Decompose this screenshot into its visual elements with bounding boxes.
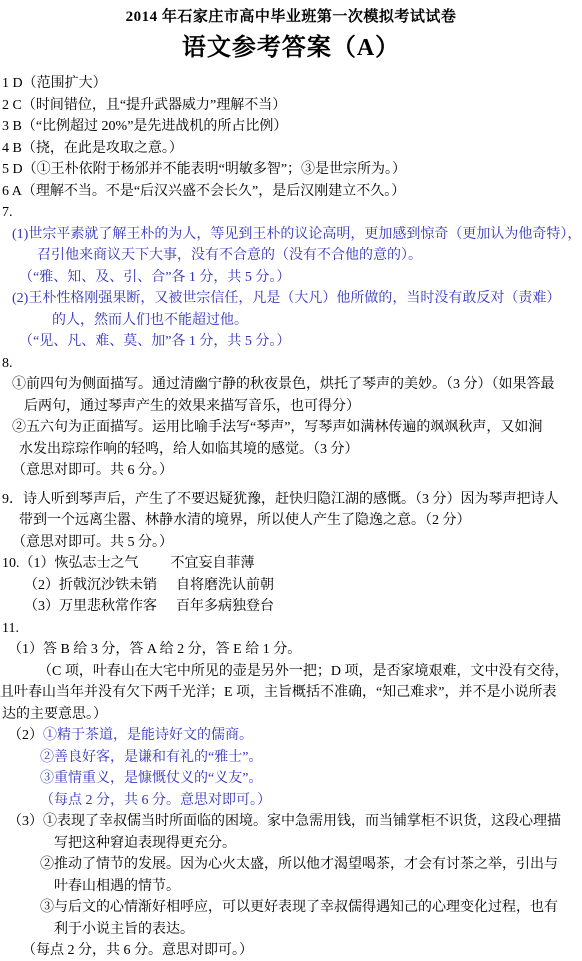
q11-part2-score: （每点 2 分，共 6 分。意思对即可。） bbox=[0, 790, 582, 812]
answer-line-q3: 3 B（“比例超过 20%”是先进战机的所占比例） bbox=[0, 116, 582, 138]
q9-answer-line2: 带到一个远离尘嚣、林静水清的境界，所以使人产生了隐逸之意。（2 分） bbox=[0, 510, 582, 532]
q7-answer-1-line1: (1)世宗平素就了解王朴的为人，等见到王朴的议论高明，更加感到惊奇（更加认为他奇… bbox=[0, 224, 582, 246]
q9-answer-line1: 9．诗人听到琴声后，产生了不要迟疑犹豫，赶快归隐江湖的感慨。（3 分）因为琴声把… bbox=[0, 489, 582, 511]
q10-row-3: （3）万里悲秋常作客百年多病独登台 bbox=[0, 596, 582, 618]
q7-answer-2-line2: 的人，然而人们也不能超过他。 bbox=[0, 310, 582, 332]
q11-part2-label: （2） bbox=[8, 728, 43, 743]
q8-number: 8. bbox=[0, 353, 582, 375]
q8-point-1-line2: 后两句，通过琴声产生的效果来描写音乐，也可得分） bbox=[0, 396, 582, 418]
answer-line-q1: 1 D（范围扩大） bbox=[0, 73, 582, 95]
answer-line-q4: 4 B（挠，在此是攻取之意。） bbox=[0, 138, 582, 160]
q9-score-note: （意思对即可。共 5 分。） bbox=[0, 532, 582, 554]
q11-part3-point1-line1: （3）①表现了幸叔儒当时所面临的困境。家中急需用钱，而当铺掌柜不识货，这段心理描 bbox=[0, 811, 582, 833]
q10-row-2: （2）折戟沉沙铁未销自将磨洗认前朝 bbox=[0, 575, 582, 597]
q7-answer-2-score: （“见、凡、难、莫、加”各 1 分，共 5 分。） bbox=[0, 331, 582, 353]
answer-sheet-page: 2014 年石家庄市高中毕业班第一次模拟考试试卷 语文参考答案（A） 1 D（范… bbox=[0, 0, 582, 961]
q11-part1-line1: （1）答 B 给 3 分，答 A 给 2 分，答 E 给 1 分。 bbox=[0, 639, 582, 661]
q11-part2-point1: ①精于茶道，是能诗好文的儒商。 bbox=[43, 728, 253, 743]
q11-part3-point1-line2: 写把这种窘迫表现得更充分。 bbox=[0, 833, 582, 855]
q7-number: 7. bbox=[0, 202, 582, 224]
q11-part1-line2: （C 项，叶春山在大宅中所见的壶是另外一把；D 项，是否家境艰难，文中没有交待， bbox=[0, 661, 582, 683]
q11-part3-point3-line2: 利于小说主旨的表达。 bbox=[0, 919, 582, 941]
q11-part1-line3: 且叶春山当年并没有欠下两千光洋；E 项，主旨概括不准确，“知己难求”，并不是小说… bbox=[0, 682, 582, 704]
q11-part3-point2-line1: ②推动了情节的发展。因为心火太盛，所以他才渴望喝茶，才会有讨茶之举，引出与 bbox=[0, 854, 582, 876]
q11-part2-line1: （2）①精于茶道，是能诗好文的儒商。 bbox=[0, 725, 582, 747]
q10-row-2-left: （2）折戟沉沙铁未销 bbox=[24, 578, 157, 593]
q7-answer-1-score: （“雅、知、及、引、合”各 1 分，共 5 分。） bbox=[0, 267, 582, 289]
q7-answer-2-line1: (2)王朴性格刚强果断，又被世宗信任，凡是（大凡）他所做的，当时没有敢反对（责难… bbox=[0, 288, 582, 310]
answer-sheet-title: 语文参考答案（A） bbox=[0, 32, 582, 64]
answer-line-q6: 6 A（理解不当。不是“后汉兴盛不会长久”，是后汉刚建立不久。） bbox=[0, 181, 582, 203]
q11-number: 11. bbox=[0, 618, 582, 640]
q10-row-3-left: （3）万里悲秋常作客 bbox=[24, 599, 157, 614]
q10-row-1: 10.（1）恢弘志士之气不宜妄自菲薄 bbox=[0, 553, 582, 575]
q11-part3-point2-line2: 叶春山相遇的情节。 bbox=[0, 876, 582, 898]
q8-score-note: （意思对即可。共 6 分。） bbox=[0, 460, 582, 482]
q10-row-1-left: 10.（1）恢弘志士之气 bbox=[2, 556, 139, 571]
exam-title: 2014 年石家庄市高中毕业班第一次模拟考试试卷 bbox=[0, 0, 582, 27]
q8-point-1-line1: ①前四句为侧面描写。通过清幽宁静的秋夜景色，烘托了琴声的美妙。（3 分）（如果答… bbox=[0, 374, 582, 396]
answer-line-q5: 5 D（①王朴依附于杨邠并不能表明“明敏多智”；③是世宗所为。） bbox=[0, 159, 582, 181]
q11-part3-score: （每点 2 分，共 6 分。意思对即可。） bbox=[0, 940, 582, 961]
q11-part2-point2: ②善良好客，是谦和有礼的“雅士”。 bbox=[0, 747, 582, 769]
q8-point-2-line1: ②五六句为正面描写。运用比喻手法写“琴声”，写琴声如满林传遍的飒飒秋声，又如涧 bbox=[0, 417, 582, 439]
q10-row-2-right: 自将磨洗认前朝 bbox=[176, 578, 274, 593]
q11-part1-line4: 达的主要意思。） bbox=[0, 704, 582, 726]
q10-row-3-right: 百年多病独登台 bbox=[176, 599, 274, 614]
q11-part3-point3-line1: ③与后文的心情渐好相呼应，可以更好表现了幸叔儒得遇知己的心理变化过程，也有 bbox=[0, 897, 582, 919]
q11-part2-point3: ③重情重义，是慷慨仗义的“义友”。 bbox=[0, 768, 582, 790]
answer-line-q2: 2 C（时间错位，且“提升武器威力”理解不当） bbox=[0, 95, 582, 117]
q7-answer-1-line2: 召引他来商议天下大事，没有不合意的（没有不合他的意的）。 bbox=[0, 245, 582, 267]
q10-row-1-right: 不宜妄自菲薄 bbox=[171, 556, 255, 571]
q8-point-2-line2: 水发出琮琮作响的轻鸣，给人如临其境的感觉。（3 分） bbox=[0, 439, 582, 461]
